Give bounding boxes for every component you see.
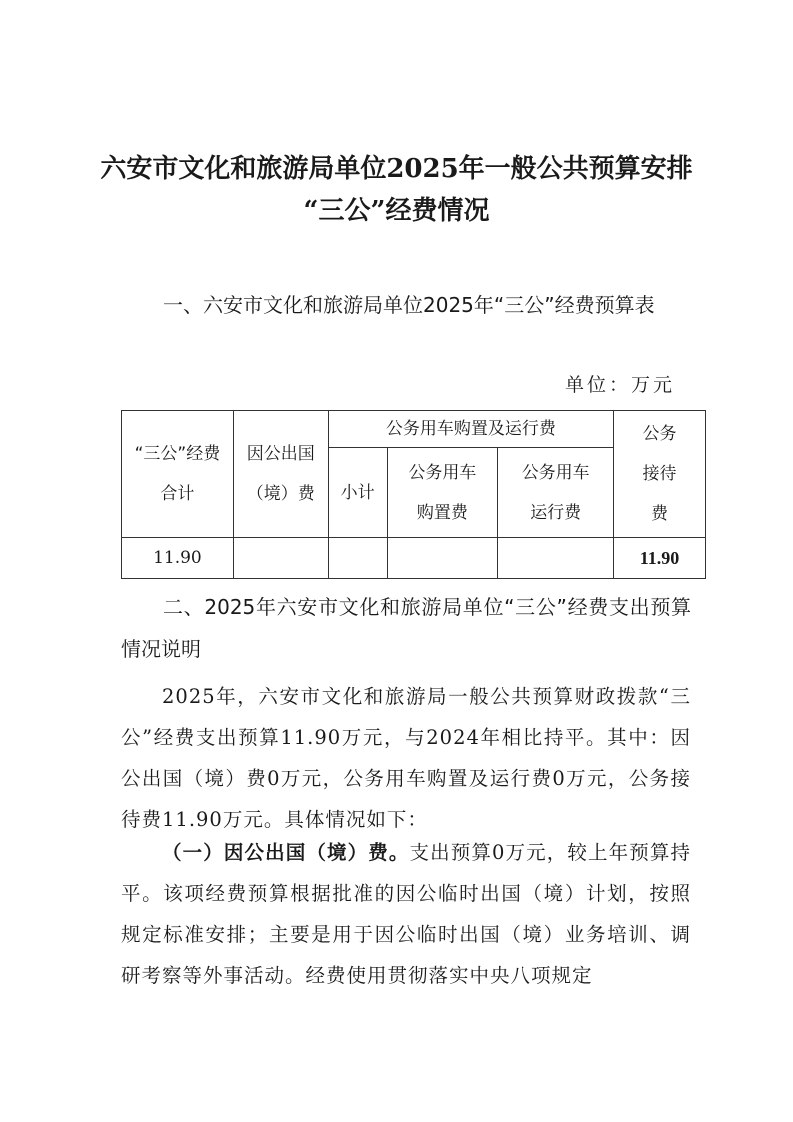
header-overseas: 因公出国（境）费 <box>233 411 328 538</box>
header-vehicle-operation: 公务用车运行费 <box>498 448 614 538</box>
cell-overseas <box>233 538 328 579</box>
header-total: “三公”经费合计 <box>122 411 234 538</box>
header-reception: 公务接待费 <box>614 411 706 538</box>
section1-heading: 一、六安市文化和旅游局单位2025年“三公”经费预算表 <box>121 284 691 326</box>
paragraph-overseas-lead: （一）因公出国（境）费。 <box>162 841 409 864</box>
document-title-line1: 六安市文化和旅游局单位2025年一般公共预算安排 <box>0 148 793 185</box>
cell-reception: 11.90 <box>614 538 706 579</box>
cell-vehicle-subtotal <box>328 538 387 579</box>
cell-vehicle-purchase <box>387 538 498 579</box>
paragraph-summary: 2025年，六安市文化和旅游局一般公共预算财政拨款“三公”经费支出预算11.90… <box>121 676 691 840</box>
section2-heading: 二、2025年六安市文化和旅游局单位“三公”经费支出预算情况说明 <box>121 586 691 670</box>
budget-table: “三公”经费合计 因公出国（境）费 公务用车购置及运行费 公务接待费 小计 公务… <box>121 410 706 579</box>
header-vehicle-purchase: 公务用车购置费 <box>387 448 498 538</box>
cell-vehicle-operation <box>498 538 614 579</box>
header-vehicle-subtotal: 小计 <box>328 448 387 538</box>
document-title-line2: “三公”经费情况 <box>0 190 793 227</box>
paragraph-overseas: （一）因公出国（境）费。支出预算0万元，较上年预算持平。该项经费预算根据批准的因… <box>121 832 691 996</box>
unit-label: 单位：万元 <box>565 370 675 397</box>
cell-total: 11.90 <box>122 538 234 579</box>
header-vehicle-group: 公务用车购置及运行费 <box>328 411 613 448</box>
